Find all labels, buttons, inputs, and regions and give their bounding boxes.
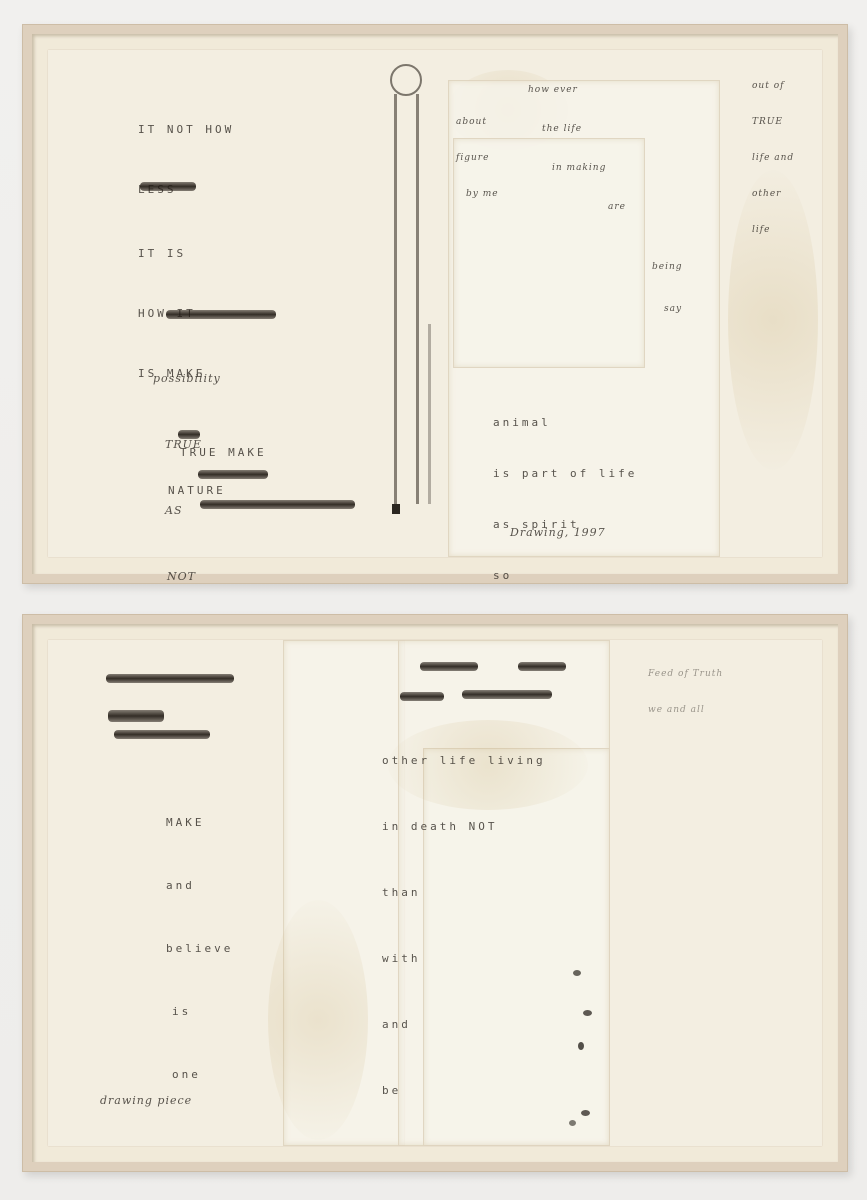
text-block-top-left: MAKE and believe is one: [166, 770, 233, 1127]
figure-drawing: [386, 64, 446, 524]
text-block-top-right: Feed of Truth we and all: [648, 644, 723, 740]
redaction-bar: [166, 310, 276, 319]
text-block-top-center-left: about figure by me: [456, 92, 499, 224]
redaction-bar: [198, 470, 268, 479]
signature-bottom: drawing piece: [100, 1094, 192, 1107]
redaction-bar: [518, 662, 566, 671]
paper-sheet-bottom: MAKE and believe is one other life livin…: [48, 640, 822, 1146]
text-block-top-center: how ever the life in making are: [528, 58, 626, 240]
redaction-bar: [108, 710, 164, 722]
fingerprint-marks: [563, 970, 603, 1140]
redaction-bar: [178, 430, 200, 439]
text-line: TRUE MAKE: [180, 446, 267, 459]
text-block-top-right: out of TRUE life and other life: [752, 56, 794, 260]
text-line: NATURE: [168, 484, 226, 497]
text-block-right-mid: being say: [652, 232, 683, 344]
redaction-bar: [200, 500, 355, 509]
redaction-bar: [140, 182, 196, 191]
redaction-bar: [106, 674, 234, 683]
signature-top: Drawing, 1997: [510, 526, 606, 539]
redaction-bar: [400, 692, 444, 701]
redaction-bar: [420, 662, 478, 671]
text-block-center: other life living in death NOT than with…: [382, 706, 546, 1146]
paper-sheet-top: IT NOT HOW LESS IT IS HOW IT IS MAKE pos…: [48, 50, 822, 557]
redaction-bar: [462, 690, 552, 699]
redaction-bar: [114, 730, 210, 739]
